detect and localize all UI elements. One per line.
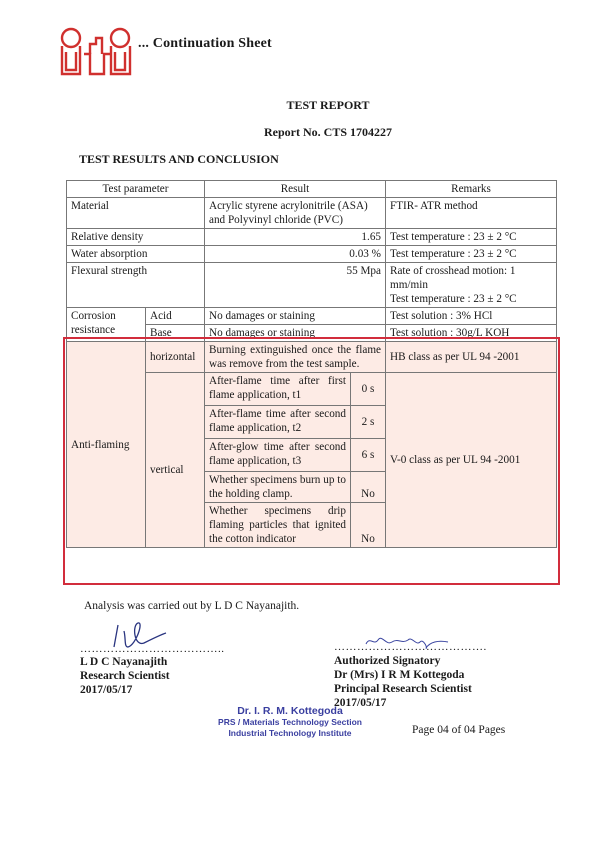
table-row: Corrosion resistance Acid No damages or … <box>67 308 557 325</box>
stamp-section: PRS / Materials Technology Section <box>200 717 380 728</box>
right-signatory: Authorized Signatory Dr (Mrs) I R M Kott… <box>334 654 472 710</box>
result-water: 0.03 % <box>205 246 386 263</box>
table-row: Anti-flaming horizontal Burning extingui… <box>67 342 557 373</box>
param-anti-flaming: Anti-flaming <box>67 342 146 548</box>
vertical-item-value: No <box>351 472 386 503</box>
remarks-material: FTIR- ATR method <box>386 198 557 229</box>
header-test-parameter: Test parameter <box>67 181 205 198</box>
result-flexural: 55 Mpa <box>205 263 386 308</box>
report-title: TEST REPORT <box>28 98 600 113</box>
signature-line-right: …………………………………. <box>334 641 487 653</box>
result-density: 1.65 <box>205 229 386 246</box>
sub-base: Base <box>146 325 205 342</box>
section-title: TEST RESULTS AND CONCLUSION <box>79 152 279 167</box>
left-signatory-title: Research Scientist <box>80 669 170 683</box>
right-signatory-title: Principal Research Scientist <box>334 682 472 696</box>
official-stamp: Dr. I. R. M. Kottegoda PRS / Materials T… <box>200 706 380 739</box>
vertical-item-label: Whether specimens burn up to the holding… <box>205 472 351 503</box>
left-signatory-date: 2017/05/17 <box>80 683 170 697</box>
vertical-item-label: After-flame time after first flame appli… <box>205 373 351 406</box>
right-signatory-role: Authorized Signatory <box>334 654 472 668</box>
param-density: Relative density <box>67 229 205 246</box>
param-corrosion: Corrosion resistance <box>67 308 146 342</box>
remarks-flexural-temp: Test temperature : 23 ± 2 °C <box>390 292 552 306</box>
table-row: Material Acrylic styrene acrylonitrile (… <box>67 198 557 229</box>
table-row: Water absorption 0.03 % Test temperature… <box>67 246 557 263</box>
vertical-item-label: After-glow time after second flame appli… <box>205 439 351 472</box>
iti-logo-icon <box>58 24 134 82</box>
left-signatory: L D C Nayanajith Research Scientist 2017… <box>80 655 170 697</box>
param-water: Water absorption <box>67 246 205 263</box>
result-acid: No damages or staining <box>205 308 386 325</box>
header-result: Result <box>205 181 386 198</box>
table-row: Relative density 1.65 Test temperature :… <box>67 229 557 246</box>
remarks-horizontal: HB class as per UL 94 -2001 <box>386 342 557 373</box>
remarks-flexural-rate: Rate of crosshead motion: 1 mm/min <box>390 264 552 292</box>
sub-acid: Acid <box>146 308 205 325</box>
remarks-water: Test temperature : 23 ± 2 °C <box>386 246 557 263</box>
remarks-base: Test solution : 30g/L KOH <box>386 325 557 342</box>
sub-vertical: vertical <box>146 373 205 548</box>
test-results-table: Test parameter Result Remarks Material A… <box>66 180 557 548</box>
param-material: Material <box>67 198 205 229</box>
vertical-item-value: No <box>351 503 386 548</box>
right-signatory-name: Dr (Mrs) I R M Kottegoda <box>334 668 472 682</box>
result-horizontal: Burning extinguished once the flame was … <box>205 342 386 373</box>
table-row: Flexural strength 55 Mpa Rate of crosshe… <box>67 263 557 308</box>
vertical-item-value: 0 s <box>351 373 386 406</box>
table-header-row: Test parameter Result Remarks <box>67 181 557 198</box>
header-remarks: Remarks <box>386 181 557 198</box>
vertical-item-value: 6 s <box>351 439 386 472</box>
remarks-flexural: Rate of crosshead motion: 1 mm/min Test … <box>386 263 557 308</box>
signature-line-left: ……………………………….. <box>80 643 225 655</box>
vertical-item-value: 2 s <box>351 406 386 439</box>
vertical-item-label: Whether specimens drip flaming particles… <box>205 503 351 548</box>
remarks-acid: Test solution : 3% HCl <box>386 308 557 325</box>
analysis-note: Analysis was carried out by L D C Nayana… <box>84 600 299 612</box>
result-material: Acrylic styrene acrylonitrile (ASA) and … <box>205 198 386 229</box>
left-signatory-name: L D C Nayanajith <box>80 655 170 669</box>
remarks-vertical: V-0 class as per UL 94 -2001 <box>386 373 557 548</box>
sub-horizontal: horizontal <box>146 342 205 373</box>
report-number: Report No. CTS 1704227 <box>28 125 600 140</box>
stamp-name: Dr. I. R. M. Kottegoda <box>200 706 380 717</box>
result-base: No damages or staining <box>205 325 386 342</box>
stamp-institute: Industrial Technology Institute <box>200 728 380 739</box>
vertical-item-label: After-flame time after second flame appl… <box>205 406 351 439</box>
param-flexural: Flexural strength <box>67 263 205 308</box>
page-number: Page 04 of 04 Pages <box>412 724 505 736</box>
remarks-density: Test temperature : 23 ± 2 °C <box>386 229 557 246</box>
continuation-sheet-label: ... Continuation Sheet <box>138 36 272 52</box>
